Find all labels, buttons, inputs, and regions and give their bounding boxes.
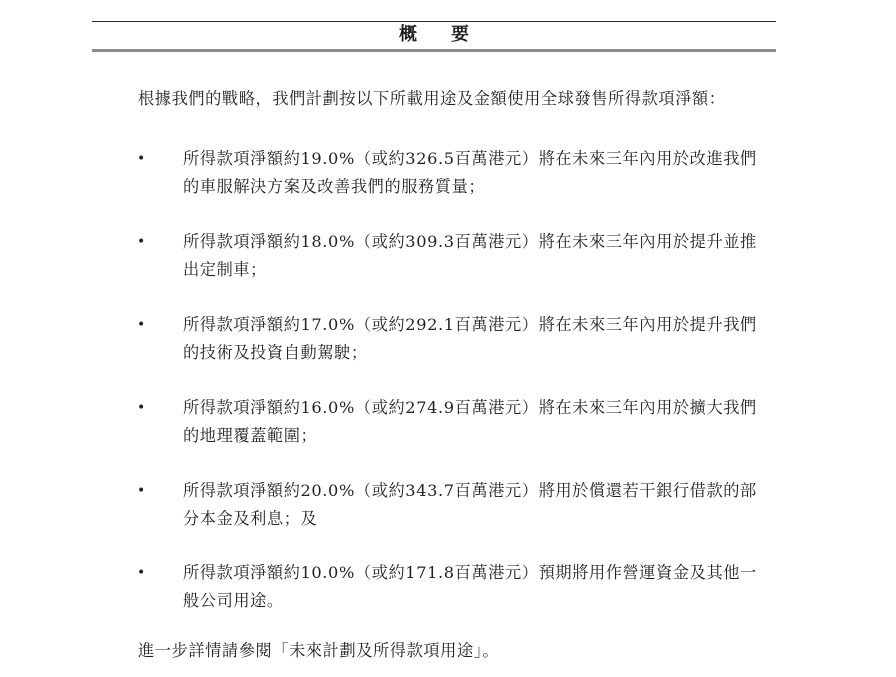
bullet-icon: • bbox=[137, 149, 145, 169]
list-item-line: 所得款項淨額約10.0%（或約171.8百萬港元）預期將用作營運資金及其他一 bbox=[183, 559, 779, 587]
list-item: • 所得款項淨額約20.0%（或約343.7百萬港元）將用於償還若干銀行借款的部… bbox=[0, 477, 896, 537]
list-item-text: 所得款項淨額約16.0%（或約274.9百萬港元）將在未來三年內用於擴大我們 的… bbox=[183, 394, 779, 450]
list-item-line: 所得款項淨額約18.0%（或約309.3百萬港元）將在未來三年內用於提升並推 bbox=[183, 228, 779, 256]
list-item-line: 般公司用途。 bbox=[183, 587, 779, 615]
section-title: 概要 bbox=[92, 24, 776, 46]
bullet-icon: • bbox=[137, 398, 145, 418]
list-item-text: 所得款項淨額約20.0%（或約343.7百萬港元）將用於償還若干銀行借款的部 分… bbox=[183, 477, 779, 533]
list-item-line: 的技術及投資自動駕駛； bbox=[183, 339, 779, 367]
list-item-line: 所得款項淨額約17.0%（或約292.1百萬港元）將在未來三年內用於提升我們 bbox=[183, 311, 779, 339]
list-item-text: 所得款項淨額約17.0%（或約292.1百萬港元）將在未來三年內用於提升我們 的… bbox=[183, 311, 779, 367]
bullet-icon: • bbox=[137, 481, 145, 501]
list-item-text: 所得款項淨額約19.0%（或約326.5百萬港元）將在未來三年內用於改進我們 的… bbox=[183, 145, 779, 201]
list-item-text: 所得款項淨額約18.0%（或約309.3百萬港元）將在未來三年內用於提升並推 出… bbox=[183, 228, 779, 284]
footer-reference: 進一步詳情請參閱「未來計劃及所得款項用途」。 bbox=[138, 640, 499, 662]
list-item-line: 所得款項淨額約19.0%（或約326.5百萬港元）將在未來三年內用於改進我們 bbox=[183, 145, 779, 173]
bullet-icon: • bbox=[137, 315, 145, 335]
list-item-line: 所得款項淨額約20.0%（或約343.7百萬港元）將用於償還若干銀行借款的部 bbox=[183, 477, 779, 505]
list-item-line: 分本金及利息；及 bbox=[183, 505, 779, 533]
list-item-line: 出定制車； bbox=[183, 256, 779, 284]
list-item-line: 的地理覆蓋範圍； bbox=[183, 422, 779, 450]
list-item: • 所得款項淨額約10.0%（或約171.8百萬港元）預期將用作營運資金及其他一… bbox=[0, 559, 896, 619]
list-item-text: 所得款項淨額約10.0%（或約171.8百萬港元）預期將用作營運資金及其他一 般… bbox=[183, 559, 779, 615]
bullet-icon: • bbox=[137, 232, 145, 252]
intro-paragraph: 根據我們的戰略，我們計劃按以下所載用途及金額使用全球發售所得款項淨額： bbox=[138, 88, 726, 110]
bullet-icon: • bbox=[137, 563, 145, 583]
section-header: 概要 bbox=[92, 21, 776, 52]
list-item-line: 的車服解決方案及改善我們的服務質量； bbox=[183, 173, 779, 201]
list-item: • 所得款項淨額約18.0%（或約309.3百萬港元）將在未來三年內用於提升並推… bbox=[0, 228, 896, 288]
list-item: • 所得款項淨額約17.0%（或約292.1百萬港元）將在未來三年內用於提升我們… bbox=[0, 311, 896, 371]
list-item: • 所得款項淨額約19.0%（或約326.5百萬港元）將在未來三年內用於改進我們… bbox=[0, 145, 896, 205]
list-item: • 所得款項淨額約16.0%（或約274.9百萬港元）將在未來三年內用於擴大我們… bbox=[0, 394, 896, 454]
list-item-line: 所得款項淨額約16.0%（或約274.9百萬港元）將在未來三年內用於擴大我們 bbox=[183, 394, 779, 422]
